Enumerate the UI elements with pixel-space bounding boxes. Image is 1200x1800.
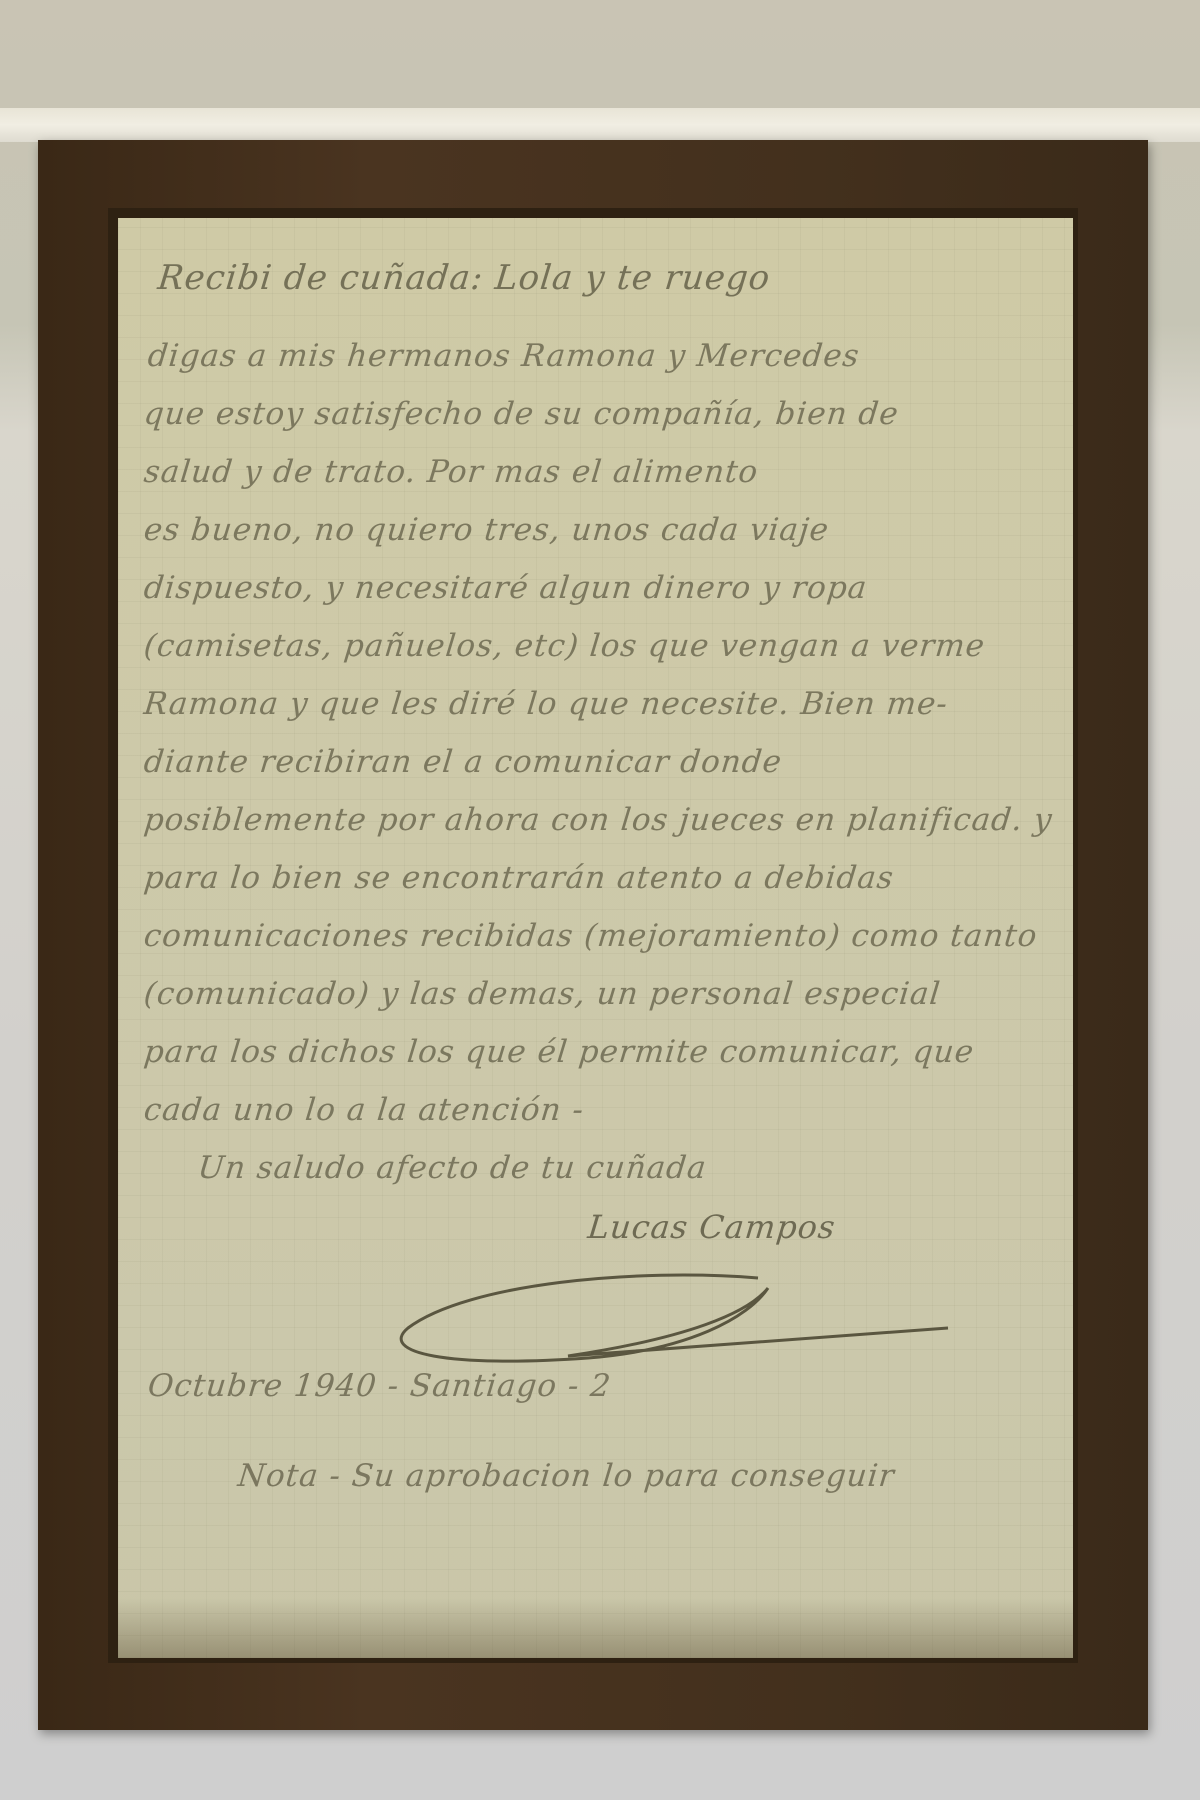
letter-line: salud y de trato. Por mas el alimento (142, 454, 760, 490)
letter-line: es bueno, no quiero tres, unos cada viaj… (142, 512, 831, 548)
signature-flourish-icon (388, 1258, 968, 1378)
letter-line: que estoy satisfecho de su compañía, bie… (142, 396, 901, 432)
letter-line: para lo bien se encontrarán atento a deb… (142, 860, 896, 896)
letter-closing: Un saludo afecto de tu cuñada (196, 1150, 708, 1186)
letter-postscript-date: Octubre 1940 - Santiago - 2 (146, 1368, 613, 1404)
letter-line: digas a mis hermanos Ramona y Mercedes (146, 338, 861, 374)
letter-line: Ramona y que les diré lo que necesite. B… (142, 686, 950, 722)
letter-line: comunicaciones recibidas (mejoramiento) … (142, 918, 1039, 954)
letter-line: dispuesto, y necesitaré algun dinero y r… (142, 570, 869, 606)
letter-signature: Lucas Campos (586, 1208, 838, 1246)
letter-line: (camisetas, pañuelos, etc) los que venga… (142, 628, 987, 664)
picture-frame: Recibi de cuñada: Lola y te ruego digas … (38, 140, 1148, 1730)
letter-postscript-note: Nota - Su aprobacion lo para conseguir (236, 1458, 896, 1494)
letter-line: diante recibiran el a comunicar donde (142, 744, 784, 780)
letter-paper: Recibi de cuñada: Lola y te ruego digas … (118, 218, 1073, 1658)
letter-line: posiblemente por ahora con los jueces en… (142, 802, 1054, 838)
letter-line: (comunicado) y las demas, un personal es… (142, 976, 942, 1012)
letter-line: para los dichos los que él permite comun… (142, 1034, 976, 1070)
wall-ledge (0, 108, 1200, 142)
letter-heading: Recibi de cuñada: Lola y te ruego (156, 258, 773, 298)
paper-shadow (118, 1598, 1073, 1658)
letter-line: cada uno lo a la atención - (142, 1092, 586, 1128)
